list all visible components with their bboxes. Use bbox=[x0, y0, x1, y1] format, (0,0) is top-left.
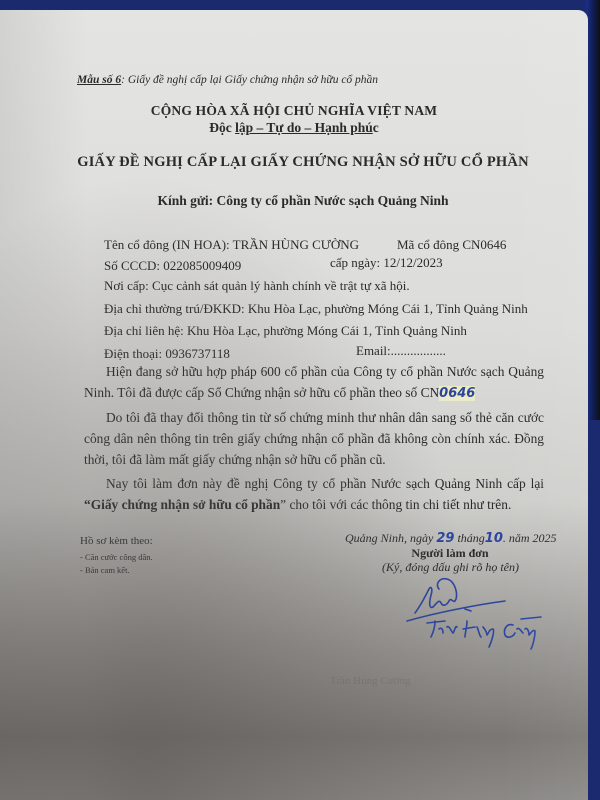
issue-date-row: cấp ngày: 12/12/2023 bbox=[330, 255, 443, 271]
email: ................. bbox=[391, 343, 446, 358]
signature bbox=[395, 575, 555, 655]
shareholder-code-row: Mã cổ đông CN0646 bbox=[397, 237, 506, 253]
shareholder-name: TRẦN HÙNG CƯỜNG bbox=[233, 237, 359, 252]
addressee: Kính gửi: Công ty cổ phần Nước sạch Quản… bbox=[0, 193, 588, 209]
place-prefix: Quảng Ninh, ngày bbox=[345, 531, 436, 545]
contact-address: Khu Hòa Lạc, phường Móng Cái 1, Tỉnh Quả… bbox=[187, 323, 467, 338]
issued-by: Cục cảnh sát quản lý hành chính về trật … bbox=[152, 278, 410, 293]
phone-row: Điện thoại: 0936737118 bbox=[104, 346, 230, 362]
blue-folder-edge bbox=[586, 0, 600, 420]
handwritten-day: 29 bbox=[436, 531, 454, 546]
id-row: Số CCCD: 022085009409 bbox=[104, 258, 241, 274]
issue-date-label: cấp ngày: bbox=[330, 255, 383, 270]
month-label: tháng bbox=[454, 531, 484, 545]
issued-by-row: Nơi cấp: Cục cảnh sát quản lý hành chính… bbox=[104, 278, 410, 294]
attachment-item: - Căn cước công dân. bbox=[80, 552, 153, 562]
shareholder-name-label: Tên cổ đông (IN HOA): bbox=[104, 237, 233, 252]
paragraph-reason: Do tôi đã thay đổi thông tin từ số chứng… bbox=[84, 407, 544, 470]
national-motto: Độc lập – Tự do – Hạnh phúc bbox=[0, 120, 588, 136]
form-number-desc: : Giấy đề nghị cấp lại Giấy chứng nhận s… bbox=[121, 74, 378, 86]
form-number: Mẫu số 6: Giấy đề nghị cấp lại Giấy chứn… bbox=[77, 74, 378, 86]
email-label: Email: bbox=[356, 343, 391, 358]
permanent-address: Khu Hòa Lạc, phường Móng Cái 1, Tỉnh Quả… bbox=[248, 301, 528, 316]
id-number: 022085009409 bbox=[163, 258, 241, 273]
request-bold-text: “Giấy chứng nhận sở hữu cổ phần bbox=[84, 497, 280, 512]
form-number-label: Mẫu số 6 bbox=[77, 74, 121, 86]
id-label: Số CCCD: bbox=[104, 258, 163, 273]
issue-date: 12/12/2023 bbox=[383, 255, 442, 270]
request-text: Nay tôi làm đơn này đề nghị Công ty cổ p… bbox=[106, 476, 544, 491]
motto-prefix: Độc bbox=[209, 120, 235, 135]
applicant-label: Người làm đơn bbox=[400, 546, 500, 561]
handwritten-month: 10 bbox=[485, 531, 503, 546]
sign-note: (Ký, đóng dấu ghi rõ họ tên) bbox=[382, 560, 519, 575]
permanent-address-label: Địa chỉ thường trú/ĐKKD: bbox=[104, 301, 248, 316]
place-date: Quảng Ninh, ngày 29 tháng10. năm 2025 bbox=[345, 531, 557, 546]
phone-label: Điện thoại: bbox=[104, 346, 165, 361]
shareholder-code: CN0646 bbox=[462, 237, 506, 252]
contact-address-row: Địa chỉ liên hệ: Khu Hòa Lạc, phường Món… bbox=[104, 323, 467, 339]
contact-address-label: Địa chỉ liên hệ: bbox=[104, 323, 187, 338]
motto-suffix: c bbox=[373, 120, 379, 135]
request-text-end: ” cho tôi với các thông tin chi tiết như… bbox=[280, 497, 511, 512]
paragraph-ownership: Hiện đang sở hữu hợp pháp 600 cổ phần củ… bbox=[84, 361, 544, 404]
shareholder-code-label: Mã cổ đông bbox=[397, 237, 462, 252]
ownership-text: Hiện đang sở hữu hợp pháp 600 cổ phần củ… bbox=[84, 364, 544, 400]
issued-by-label: Nơi cấp: bbox=[104, 278, 152, 293]
email-row: Email:................. bbox=[356, 343, 446, 359]
year-text: . năm 2025 bbox=[503, 531, 557, 545]
phone: 0936737118 bbox=[165, 346, 230, 361]
document-title: GIẤY ĐỀ NGHỊ CẤP LẠI GIẤY CHỨNG NHẬN SỞ … bbox=[0, 154, 588, 171]
paper-sheet: Mẫu số 6: Giấy đề nghị cấp lại Giấy chứn… bbox=[0, 10, 588, 800]
attachments-title: Hồ sơ kèm theo: bbox=[80, 535, 153, 547]
national-title: CỘNG HÒA XÃ HỘI CHỦ NGHĨA VIỆT NAM bbox=[0, 103, 588, 119]
shareholder-name-row: Tên cổ đông (IN HOA): TRẦN HÙNG CƯỜNG bbox=[104, 237, 359, 253]
faded-printed-name: Trần Hùng Cường bbox=[330, 675, 410, 687]
permanent-address-row: Địa chỉ thường trú/ĐKKD: Khu Hòa Lạc, ph… bbox=[104, 301, 528, 317]
motto-underlined: lập – Tự do – Hạnh phú bbox=[235, 120, 373, 135]
reason-text: Do tôi đã thay đổi thông tin từ số chứng… bbox=[84, 410, 544, 467]
paragraph-request: Nay tôi làm đơn này đề nghị Công ty cổ p… bbox=[84, 473, 544, 515]
handwritten-certificate-number: 0646 bbox=[439, 386, 475, 401]
attachment-item: - Bản cam kết. bbox=[80, 565, 130, 575]
